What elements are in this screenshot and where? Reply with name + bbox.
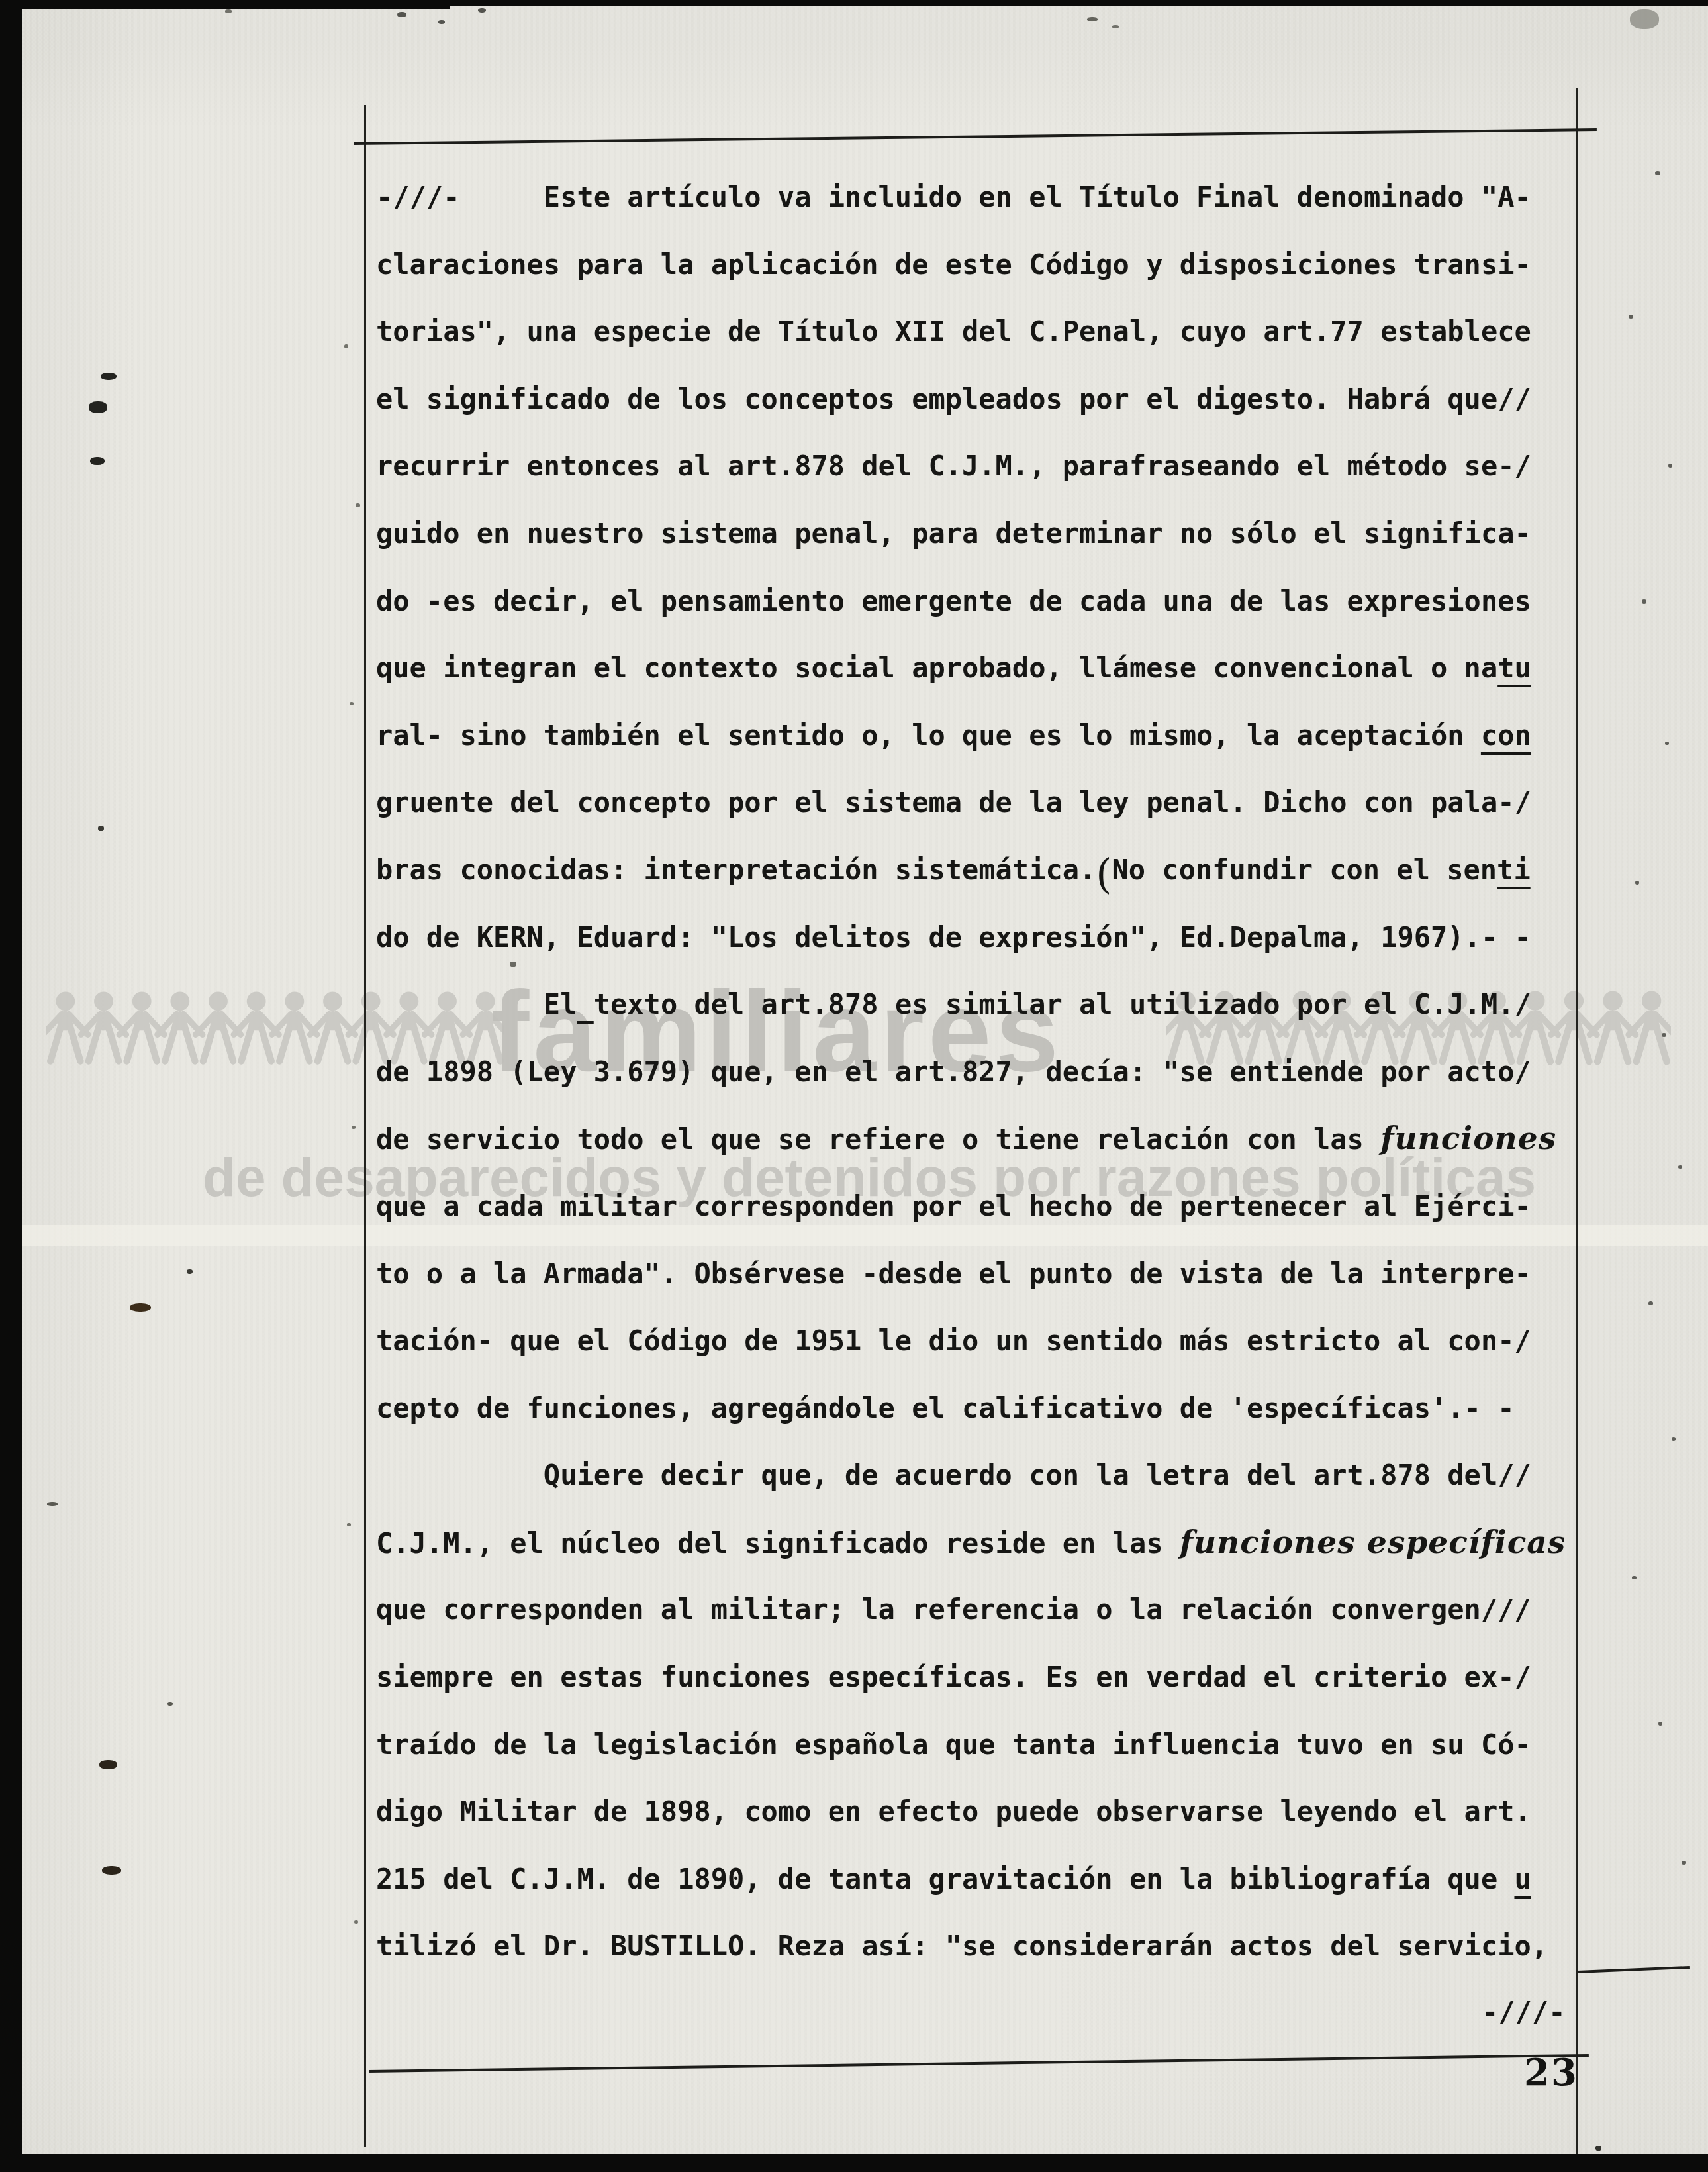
scan-speck <box>510 962 516 967</box>
scan-speck <box>344 344 348 348</box>
frame-line-top <box>354 128 1597 145</box>
scan-speck <box>354 1920 358 1924</box>
scan-speck <box>478 8 486 13</box>
text-line: cepto de funciones, agregándole el calif… <box>376 1375 1581 1442</box>
scan-speck <box>347 1523 351 1526</box>
scan-speck <box>225 9 232 13</box>
text-line: -///- Este artículo va incluido en el Tí… <box>376 164 1581 231</box>
typewritten-text: -///- Este artículo va incluido en el Tí… <box>376 164 1581 1980</box>
scan-speck <box>1678 1165 1682 1169</box>
page-number: 23 <box>1524 2054 1578 2091</box>
text-line: que corresponden al militar; la referenc… <box>376 1576 1581 1644</box>
text-line: recurrir entonces al art.878 del C.J.M.,… <box>376 432 1581 500</box>
scan-speck <box>90 457 105 465</box>
frame-line-left <box>364 105 366 2147</box>
scan-speck <box>1635 881 1639 885</box>
scan-speck <box>167 1702 173 1706</box>
frame-line-right <box>1576 88 1578 2172</box>
text-line: do de KERN, Eduard: "Los delitos de expr… <box>376 904 1581 971</box>
scan-speck <box>1672 1437 1676 1441</box>
text-line: do -es decir, el pensamiento emergente d… <box>376 568 1581 635</box>
scan-speck <box>187 1269 193 1274</box>
text-line: C.J.M., el núcleo del significado reside… <box>376 1509 1581 1577</box>
text-line: el significado de los conceptos empleado… <box>376 366 1581 433</box>
text-line: claraciones para la aplicación de este C… <box>376 231 1581 299</box>
text-line: to o a la Armada". Obsérvese -desde el p… <box>376 1240 1581 1308</box>
text-line: 215 del C.J.M. de 1890, de tanta gravita… <box>376 1846 1581 1913</box>
scan-speck <box>1682 1861 1686 1865</box>
text-line: gruente del concepto por el sistema de l… <box>376 769 1581 836</box>
text-line: El texto del art.878 es similar al utili… <box>376 971 1581 1038</box>
scan-speck <box>350 702 354 705</box>
scan-speck <box>1595 2146 1601 2151</box>
scan-speck <box>1112 25 1119 28</box>
text-line: de 1898 (Ley 3.679) que, en el art.827, … <box>376 1038 1581 1106</box>
scan-speck <box>130 1303 151 1312</box>
text-line: digo Militar de 1898, como en efecto pue… <box>376 1778 1581 1846</box>
text-line: torias", una especie de Título XII del C… <box>376 298 1581 366</box>
text-line: que a cada militar corresponden por el h… <box>376 1173 1581 1240</box>
scan-speck <box>397 12 406 17</box>
text-line: guido en nuestro sistema penal, para det… <box>376 500 1581 568</box>
scan-speck <box>1655 171 1660 175</box>
text-line: tación- que el Código de 1951 le dio un … <box>376 1307 1581 1375</box>
footer-rule <box>369 2054 1589 2073</box>
scan-speck <box>1662 1033 1666 1037</box>
scan-speck <box>102 1866 121 1875</box>
scan-speck <box>1665 742 1669 745</box>
scan-speck <box>101 373 117 380</box>
scan-speck <box>352 1126 356 1129</box>
scan-speck <box>1642 599 1646 604</box>
margin-tick-line <box>1578 1966 1690 1973</box>
scan-speck <box>1087 17 1098 21</box>
scan-speck <box>98 826 104 831</box>
text-line: de servicio todo el que se refiere o tie… <box>376 1105 1581 1173</box>
scan-speck <box>47 1502 58 1506</box>
text-line: siempre en estas funciones específicas. … <box>376 1644 1581 1711</box>
scan-speck <box>356 503 360 507</box>
scan-speck <box>99 1760 117 1769</box>
text-line: que integran el contexto social aprobado… <box>376 634 1581 702</box>
scan-edge-bottom <box>0 2154 1708 2172</box>
scan-speck <box>1632 1576 1637 1579</box>
scan-edge-left <box>0 0 22 2172</box>
scan-speck <box>89 401 107 413</box>
scanned-typewritten-page: familiares de desaparecidos y detenidos … <box>0 0 1708 2172</box>
text-line: bras conocidas: interpretación sistemáti… <box>376 836 1581 904</box>
scan-speck <box>438 20 445 24</box>
text-line: tilizó el Dr. BUSTILLO. Reza así: "se co… <box>376 1912 1581 1980</box>
scan-speck <box>1629 315 1633 319</box>
scan-edge-top <box>0 0 450 9</box>
continuation-mark: -///- <box>1482 1979 1565 2046</box>
scan-speck <box>1648 1301 1653 1305</box>
text-line: traído de la legislación española que ta… <box>376 1711 1581 1779</box>
text-line: Quiere decir que, de acuerdo con la letr… <box>376 1442 1581 1509</box>
text-line: ral- sino también el sentido o, lo que e… <box>376 702 1581 769</box>
scan-speck <box>1630 9 1659 29</box>
scan-speck <box>1668 464 1672 468</box>
scan-speck <box>1658 1722 1662 1726</box>
